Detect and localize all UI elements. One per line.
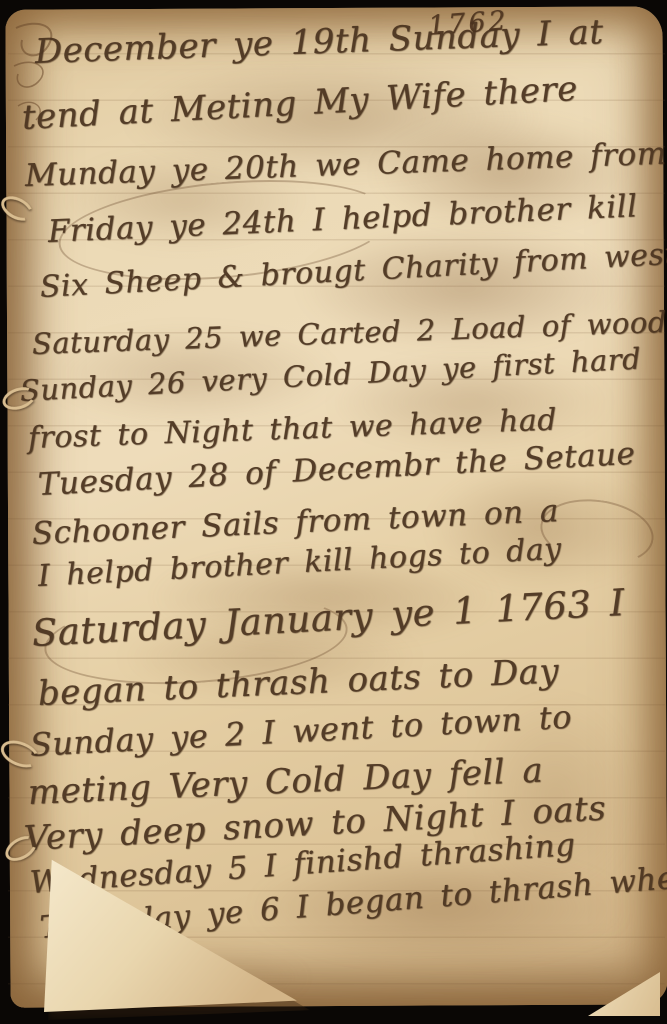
manuscript-line: Saturday January ye 1 1763 I [31,581,626,655]
manuscript-line: December ye 19th Sunday I at [34,12,604,72]
manuscript-photo: 1762 December ye 19th Sunday I at tend a… [0,0,667,1024]
manuscript-line: Munday ye 20th we Came home from bos [24,133,667,194]
handwriting-layer: 1762 December ye 19th Sunday I at tend a… [0,0,667,1024]
manuscript-line: tend at Meting My Wife there [21,69,579,138]
manuscript-line: Friday ye 24th I helpd brother kill [47,188,638,250]
